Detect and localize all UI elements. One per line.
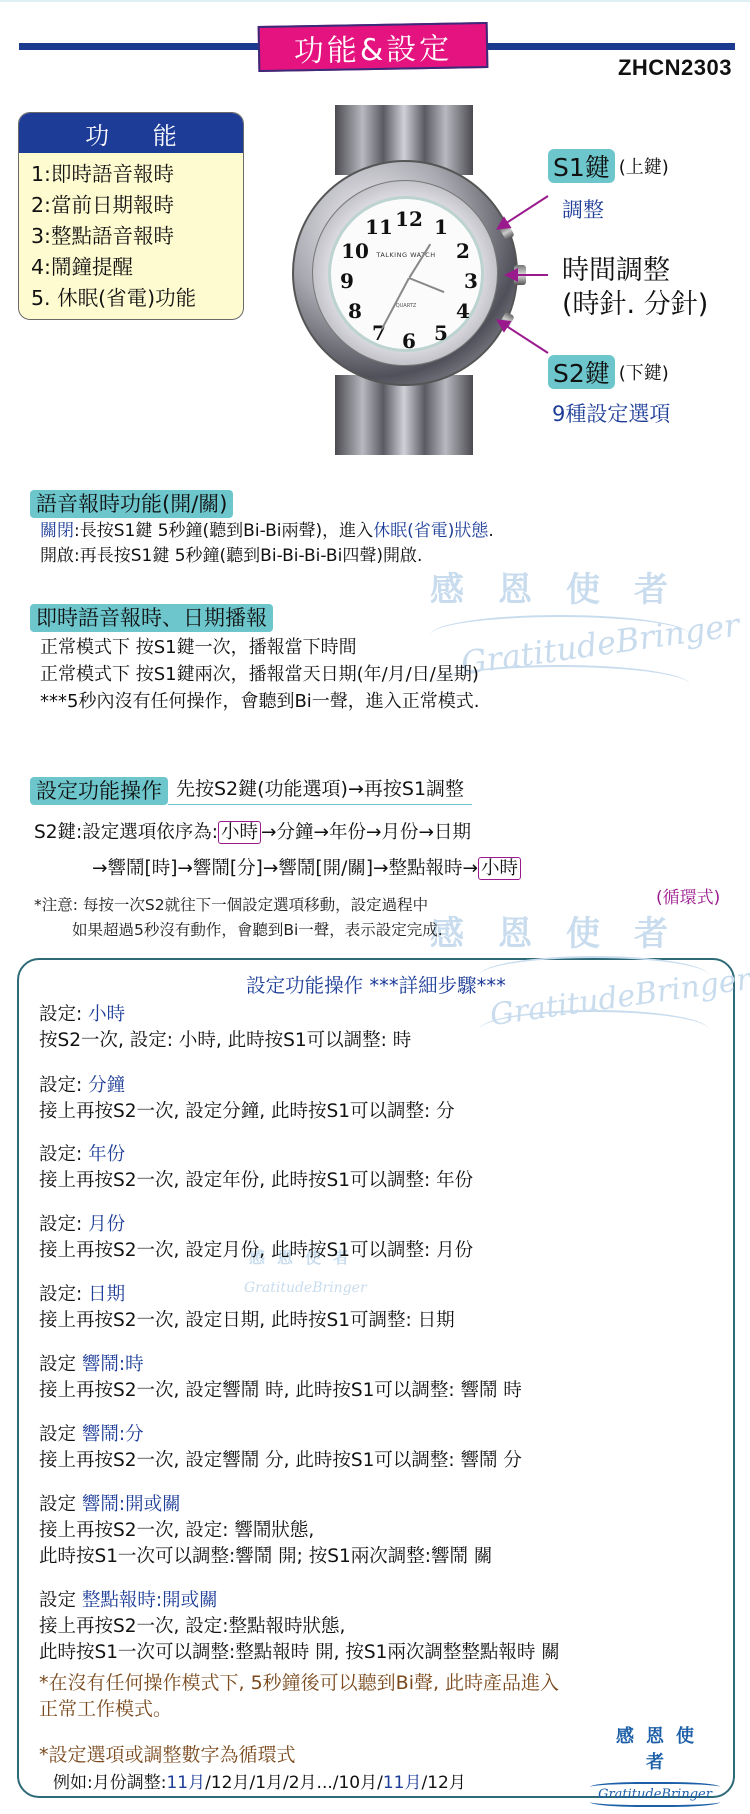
watch-bezel: 12 1 2 3 4 5 6 7 8 9 10 11 TALKING WATCH…: [312, 180, 498, 366]
step-heading: 設定: 小時: [39, 1000, 125, 1026]
step-item: 響鬧:開或關: [82, 1494, 181, 1515]
page-title: 功能&設定: [258, 22, 489, 72]
model-code: ZHCN2303: [618, 55, 732, 81]
brand-logo: 感恩使者 GratitudeBringer: [590, 1722, 720, 1807]
logo-cn: 感恩使者: [590, 1722, 720, 1774]
step-body: 此時按S1一次可以調整:響鬧 開; 按S1兩次調整:響鬧 關: [39, 1542, 492, 1568]
numeral-5: 5: [426, 321, 456, 345]
footer-example: 例如:月份調整:11月/12月/1月/2月.../10月/11月/12月: [53, 1768, 466, 1793]
watch-image: 12 1 2 3 4 5 6 7 8 9 10 11 TALKING WATCH…: [290, 105, 520, 455]
numeral-3: 3: [456, 269, 486, 293]
step-heading: 設定 整點報時:開或關: [39, 1586, 218, 1612]
step-heading: 設定 響鬧:時: [39, 1350, 144, 1376]
dial-brand: TALKING WATCH: [331, 251, 481, 259]
step-heading: 設定 響鬧:分: [39, 1420, 144, 1446]
step-body: 接上再按S2一次, 設定: 響鬧狀態,: [39, 1516, 314, 1542]
numeral-12: 12: [394, 207, 424, 231]
voice-section: 語音報時功能(開/關): [30, 490, 233, 518]
step-body: 接上再按S2一次, 設定響鬧 時, 此時按S1可以調整: 響鬧 時: [39, 1376, 522, 1402]
watermark-en: GratitudeBringer: [244, 1280, 367, 1296]
watermark-en: GratitudeBringer: [459, 606, 742, 683]
step-item: 年份: [88, 1144, 125, 1165]
watermark-wave: [430, 615, 690, 655]
sequence-line-1: S2鍵:設定選項依序為:小時→分鐘→年份→月份→日期: [34, 818, 471, 844]
numeral-7: 7: [364, 321, 394, 345]
sequence-line-2: →響鬧[時]→響鬧[分]→響鬧[開/關]→整點報時→小時: [92, 854, 521, 880]
s1-key-pill: S1鍵: [548, 149, 615, 183]
function-item: 5. 休眠(省電)功能: [31, 283, 243, 314]
step-body: 接上再按S2一次, 設定:整點報時狀態,: [39, 1612, 345, 1638]
instant-line: 正常模式下 按S1鍵兩次，播報當天日期(年/月/日/星期): [40, 664, 479, 686]
setting-section-title: 設定功能操作: [30, 777, 168, 805]
boxed-hour: 小時: [478, 857, 521, 880]
instant-section-title: 即時語音報時、日期播報: [30, 604, 273, 632]
numeral-6: 6: [394, 329, 424, 353]
step-item: 小時: [88, 1004, 125, 1025]
voice-off-line: 關閉:長按S1鍵 5秒鐘(聽到Bi-Bi兩聲)，進入休眠(省電)狀態.: [40, 520, 494, 542]
numeral-9: 9: [332, 269, 362, 293]
watermark-cn: 感恩使者: [430, 562, 702, 611]
note-line: 如果超過5秒沒有動作，會聽到Bi一聲，表示設定完成.: [72, 918, 443, 940]
loop-note: (循環式): [656, 883, 720, 908]
detail-title: 設定功能操作 ***詳細步驟***: [19, 970, 733, 998]
numeral-11: 11: [364, 215, 394, 239]
logo-en: GratitudeBringer: [590, 1782, 720, 1807]
off-label: 關閉: [40, 521, 74, 541]
crown-arrow-icon: [508, 274, 548, 276]
step-body: 接上再按S2一次, 設定月份, 此時按S1可以調整: 月份: [39, 1236, 473, 1262]
boxed-hour: 小時: [218, 821, 261, 844]
s1-position: (上鍵): [619, 153, 669, 179]
step-heading: 設定 響鬧:開或關: [39, 1490, 181, 1516]
s1-label: S1鍵 (上鍵): [548, 149, 669, 183]
step-body: 此時按S1一次可以調整:整點報時 開, 按S1兩次調整整點報時 關: [39, 1638, 560, 1664]
step-item: 分鐘: [88, 1075, 125, 1096]
function-item: 4:鬧鐘提醒: [31, 252, 243, 283]
second-hand: [408, 243, 430, 278]
step-body: 接上再按S2一次, 設定日期, 此時按S1可調整: 日期: [39, 1306, 455, 1332]
step-body: 接上再按S2一次, 設定分鐘, 此時按S1可以調整: 分: [39, 1097, 455, 1123]
step-heading: 設定: 分鐘: [39, 1071, 125, 1097]
sleep-state: 休眠(省電)狀態: [373, 521, 488, 541]
step-item: 日期: [88, 1284, 125, 1305]
step-body: 按S2一次, 設定: 小時, 此時按S1可以調整: 時: [39, 1026, 411, 1052]
instant-line: 正常模式下 按S1鍵一次，播報當下時間: [40, 637, 357, 659]
top-border: [0, 0, 750, 2]
watch-case: 12 1 2 3 4 5 6 7 8 9 10 11 TALKING WATCH…: [292, 160, 518, 386]
step-body: 接上再按S2一次, 設定年份, 此時按S1可以調整: 年份: [39, 1166, 473, 1192]
hour-hand: [409, 277, 445, 293]
function-item: 2:當前日期報時: [31, 190, 243, 221]
watch-dial: 12 1 2 3 4 5 6 7 8 9 10 11 TALKING WATCH…: [328, 196, 484, 352]
setting-section-header: 設定功能操作 先按S2鍵(功能選項)→再按S1調整: [30, 776, 472, 805]
numeral-1: 1: [426, 215, 456, 239]
footer-note-2: *設定選項或調整數字為循環式: [39, 1740, 296, 1767]
setting-section-subtitle: 先按S2鍵(功能選項)→再按S1調整: [168, 776, 472, 805]
watch-strap-bottom: [335, 375, 473, 455]
voice-section-title: 語音報時功能(開/關): [30, 490, 233, 518]
detail-steps-box: 設定功能操作 ***詳細步驟*** GratitudeBringer 感恩使者 …: [17, 958, 735, 1798]
functions-list: 1:即時語音報時 2:當前日期報時 3:整點語音報時 4:鬧鐘提醒 5. 休眠(…: [19, 153, 243, 314]
s1-function: 調整: [562, 194, 604, 224]
s2-function: 9種設定選項: [552, 398, 670, 428]
step-item: 響鬧:分: [82, 1424, 144, 1445]
function-item: 1:即時語音報時: [31, 159, 243, 190]
s2-label: S2鍵 (下鍵): [548, 355, 669, 389]
footer-note-1: *在沒有任何操作模式下, 5秒鐘後可以聽到Bi聲, 此時產品進入 正常工作模式。: [39, 1670, 559, 1722]
s2-key-pill: S2鍵: [548, 355, 615, 389]
step-item: 月份: [88, 1214, 125, 1235]
step-item: 響鬧:時: [82, 1354, 144, 1375]
instant-line: ***5秒內沒有任何操作，會聽到Bi一聲，進入正常模式.: [40, 691, 480, 713]
step-heading: 設定: 日期: [39, 1280, 125, 1306]
step-body: 接上再按S2一次, 設定響鬧 分, 此時按S1可以調整: 響鬧 分: [39, 1446, 522, 1472]
crown-label-line1: 時間調整: [562, 254, 708, 288]
s2-position: (下鍵): [619, 359, 669, 385]
step-heading: 設定: 月份: [39, 1210, 125, 1236]
voice-on-line: 開啟:再長按S1鍵 5秒鐘(聽到Bi-Bi-Bi-Bi四聲)開啟.: [40, 545, 422, 567]
crown-label-line2: (時針. 分針): [562, 288, 708, 322]
functions-box: 功 能 1:即時語音報時 2:當前日期報時 3:整點語音報時 4:鬧鐘提醒 5.…: [18, 112, 244, 320]
note-line: *注意: 每按一次S2就往下一個設定選項移動，設定過程中: [34, 893, 428, 915]
step-item: 整點報時:開或關: [82, 1590, 218, 1611]
watermark-cn: 感恩使者: [430, 906, 702, 955]
functions-heading: 功 能: [19, 113, 243, 153]
function-item: 3:整點語音報時: [31, 221, 243, 252]
dial-quartz: QUARTZ: [331, 303, 481, 309]
watermark-wave: [479, 1010, 709, 1050]
instant-section: 即時語音報時、日期播報: [30, 604, 273, 632]
crown-label: 時間調整 (時針. 分針): [562, 254, 708, 322]
step-heading: 設定: 年份: [39, 1140, 125, 1166]
